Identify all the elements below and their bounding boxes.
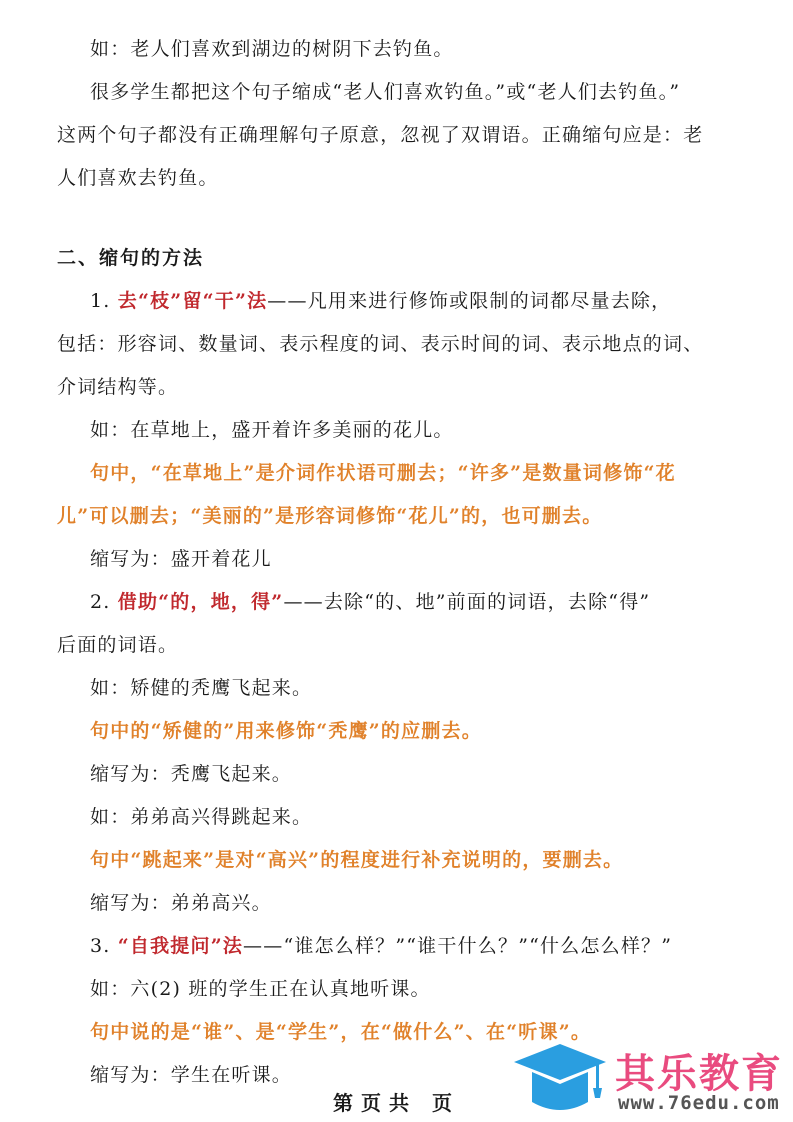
- method-title: 借助“的，地，得”: [118, 591, 284, 613]
- method-title: 去“枝”留“干”法: [118, 290, 268, 312]
- method-title: “自我提问”法: [118, 935, 243, 957]
- paragraph-line: 人们喜欢去钓鱼。: [57, 166, 737, 190]
- brand-url: www.76edu.com: [618, 1092, 780, 1114]
- method-number: 1.: [90, 290, 111, 312]
- method-number: 2.: [90, 591, 111, 613]
- method-desc-line: 介词结构等。: [57, 375, 737, 399]
- example-sentence: 如：矫健的秃鹰飞起来。: [90, 676, 770, 700]
- result-sentence: 缩写为：秃鹰飞起来。: [90, 762, 770, 786]
- analysis-note: 句中，“在草地上”是介词作状语可删去；“许多”是数量词修饰“花: [90, 461, 770, 485]
- method-desc-line: 后面的词语。: [57, 633, 737, 657]
- paragraph-line: 很多学生都把这个句子缩成“老人们喜欢钓鱼。”或“老人们去钓鱼。”: [90, 80, 770, 104]
- method-1-line: 1. 去“枝”留“干”法——凡用来进行修饰或限制的词都尽量去除，: [90, 289, 770, 313]
- method-desc: ——凡用来进行修饰或限制的词都尽量去除，: [267, 290, 671, 312]
- example-sentence: 如：弟弟高兴得跳起来。: [90, 805, 770, 829]
- method-desc: ——去除“的、地”前面的词语，去除“得”: [283, 591, 650, 613]
- method-number: 3.: [90, 935, 111, 957]
- method-2-line: 2. 借助“的，地，得”——去除“的、地”前面的词语，去除“得”: [90, 590, 770, 614]
- analysis-note: 句中“跳起来”是对“高兴”的程度进行补充说明的，要删去。: [90, 848, 770, 872]
- brand-logo: 其乐教育 www.76edu.com: [510, 1040, 790, 1120]
- method-desc: ——“谁怎么样？”“谁干什么？”“什么怎么样？”: [243, 935, 672, 957]
- brand-name: 其乐教育: [615, 1042, 783, 1099]
- analysis-note: 句中的“矫健的”用来修饰“秃鹰”的应删去。: [90, 719, 770, 743]
- example-sentence: 如：六(2) 班的学生正在认真地听课。: [90, 977, 770, 1001]
- paragraph-line: 这两个句子都没有正确理解句子原意，忽视了双谓语。正确缩句应是：老: [57, 123, 737, 147]
- analysis-note: 儿”可以删去；“美丽的”是形容词修饰“花儿”的，也可删去。: [57, 504, 737, 528]
- method-desc-line: 包括：形容词、数量词、表示程度的词、表示时间的词、表示地点的词、: [57, 332, 737, 356]
- example-sentence: 如：在草地上，盛开着许多美丽的花儿。: [90, 418, 770, 442]
- section-heading: 二、缩句的方法: [57, 246, 737, 270]
- graduation-cap-icon: [510, 1040, 610, 1120]
- method-3-line: 3. “自我提问”法——“谁怎么样？”“谁干什么？”“什么怎么样？”: [90, 934, 770, 958]
- result-sentence: 缩写为：弟弟高兴。: [90, 891, 770, 915]
- result-sentence: 缩写为：盛开着花儿: [90, 547, 770, 571]
- document-page: 如：老人们喜欢到湖边的树阴下去钓鱼。 很多学生都把这个句子缩成“老人们喜欢钓鱼。…: [0, 0, 793, 1122]
- example-sentence: 如：老人们喜欢到湖边的树阴下去钓鱼。: [90, 37, 770, 61]
- page-number-footer: 第页共 页: [333, 1087, 460, 1116]
